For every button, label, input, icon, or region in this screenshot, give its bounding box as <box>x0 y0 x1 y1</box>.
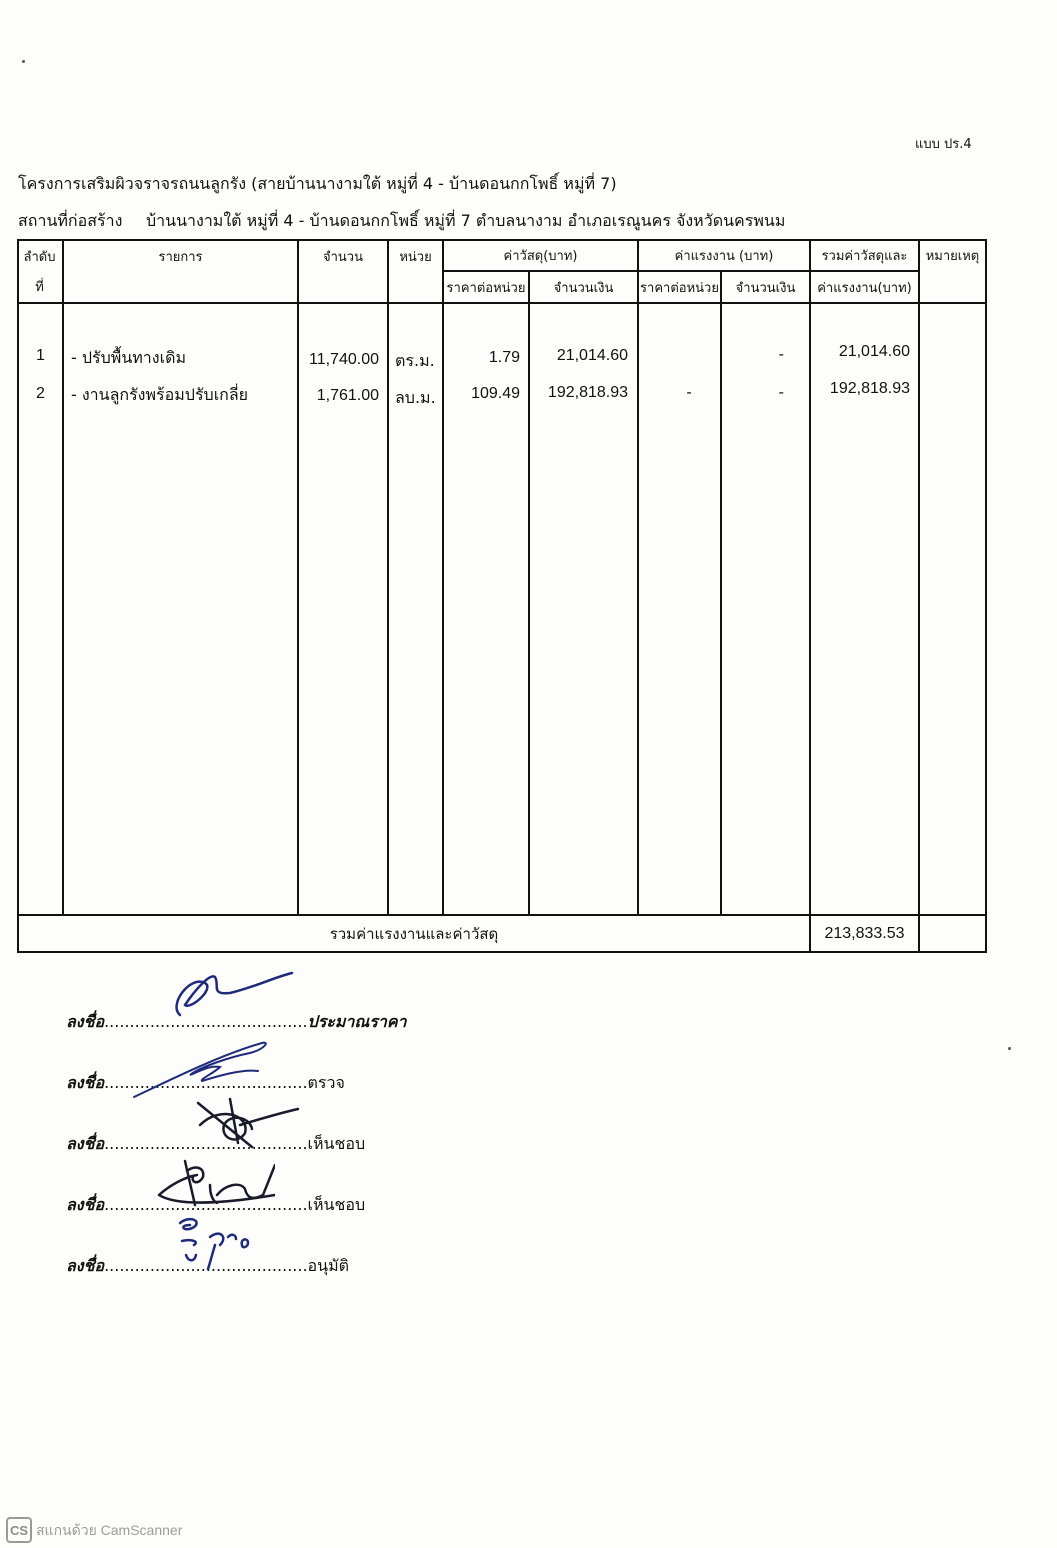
header-labor-group: ค่าแรงงาน (บาท) <box>639 241 809 270</box>
sign-label: ลงชื่อ <box>66 1256 104 1275</box>
row-quantity: 1,761.00 <box>299 387 379 405</box>
header-total-line2: ค่าแรงงาน(บาท) <box>811 272 918 302</box>
location-value: บ้านนางามใต้ หมู่ที่ 4 - บ้านดอนกกโพธิ์ … <box>146 211 785 230</box>
row-unit: ลบ.ม. <box>395 386 436 411</box>
row-material-amount: 21,014.60 <box>530 347 628 365</box>
header-material-group: ค่าวัสดุ(บาท) <box>444 241 637 270</box>
col-line-seq <box>62 239 64 915</box>
camscanner-logo-icon: CS <box>6 1517 32 1543</box>
project-title: โครงการเสริมผิวจราจรถนนลูกรัง (สายบ้านนา… <box>18 172 617 197</box>
table-border-bottom <box>17 951 987 953</box>
col-line-item <box>297 239 299 915</box>
row-labor-amount: - <box>722 346 784 364</box>
col-line-unit <box>442 239 444 915</box>
row-labor-amount: - <box>722 384 784 402</box>
row-total: 21,014.60 <box>811 343 910 361</box>
row-material-amount: 192,818.93 <box>530 384 628 402</box>
cost-estimate-table: ลำดับ ที่ รายการ จำนวน หน่วย ค่าวัสดุ(บา… <box>17 239 987 953</box>
sign-label: ลงชื่อ <box>66 1073 104 1092</box>
handwritten-signature-3 <box>190 1095 305 1155</box>
header-remark: หมายเหตุ <box>920 241 985 270</box>
col-line-right <box>985 239 987 953</box>
row-seq: 1 <box>19 347 62 365</box>
handwritten-signature-5 <box>170 1215 260 1275</box>
sign-role: ประมาณราคา <box>308 1012 407 1031</box>
handwritten-signature-1 <box>160 965 300 1025</box>
header-unit: หน่วย <box>389 241 442 271</box>
row-item: - งานลูกรังพร้อมปรับเกลี่ย <box>71 383 248 408</box>
location-label: สถานที่ก่อสร้าง <box>18 209 146 234</box>
header-bottom-border <box>17 302 987 304</box>
row-item: - ปรับพื้นทางเดิม <box>71 346 186 371</box>
row-total: 192,818.93 <box>811 380 910 398</box>
sign-label: ลงชื่อ <box>66 1012 104 1031</box>
col-line-total <box>918 239 920 953</box>
header-item: รายการ <box>64 241 297 271</box>
sign-label: ลงชื่อ <box>66 1134 104 1153</box>
col-line-mat-price <box>528 270 530 915</box>
header-labor-amount: จำนวนเงิน <box>722 272 809 302</box>
header-material-unit-price: ราคาต่อหน่วย <box>444 272 528 302</box>
construction-location: สถานที่ก่อสร้างบ้านนางามใต้ หมู่ที่ 4 - … <box>18 209 785 234</box>
header-seq-line2: ที่ <box>17 271 62 301</box>
row-quantity: 11,740.00 <box>299 351 379 369</box>
header-seq: ลำดับ <box>17 241 62 271</box>
col-line-qty <box>387 239 389 915</box>
header-total: รวมค่าวัสดุและ <box>811 241 918 270</box>
scan-speck <box>1008 1047 1011 1050</box>
sign-role: อนุมัติ <box>308 1256 349 1275</box>
scan-speck <box>22 60 25 63</box>
grand-total-value: 213,833.53 <box>811 916 918 951</box>
row-material-unit-price: 1.79 <box>444 349 520 367</box>
camscanner-watermark: สแกนด้วย CamScanner <box>36 1520 182 1542</box>
sign-role: เห็นชอบ <box>308 1195 366 1214</box>
row-unit: ตร.ม. <box>395 349 435 374</box>
sign-role: ตรวจ <box>308 1073 345 1092</box>
col-line-lab-price <box>720 270 722 915</box>
row-seq: 2 <box>19 385 62 403</box>
header-quantity: จำนวน <box>299 241 387 271</box>
sign-label: ลงชื่อ <box>66 1195 104 1214</box>
row-material-unit-price: 109.49 <box>444 385 520 403</box>
header-material-amount: จำนวนเงิน <box>530 272 637 302</box>
form-code: แบบ ปร.4 <box>915 133 972 154</box>
grand-total-label: รวมค่าแรงงานและค่าวัสดุ <box>19 916 809 951</box>
header-labor-unit-price: ราคาต่อหน่วย <box>639 272 720 302</box>
col-line-mat-amount <box>637 239 639 915</box>
sign-role: เห็นชอบ <box>308 1134 366 1153</box>
